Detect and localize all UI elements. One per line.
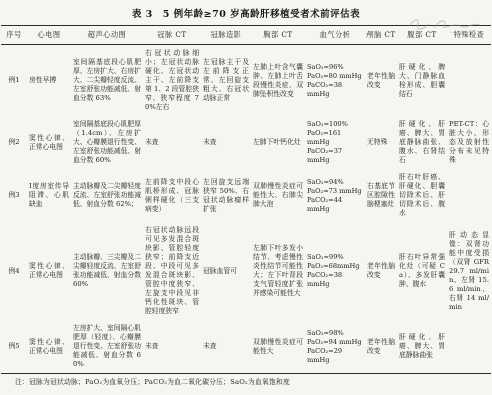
cell-special: [447, 169, 491, 222]
cell-cor_angio: 未查: [201, 116, 251, 169]
cell-abd_ct: 肝硬化、肝癌、脾大、胃底静脉曲张: [397, 320, 447, 374]
evaluation-table: 序号心电图超声心动图冠脉 CT冠脉造影胸部 CT血气分析颅脑 CT腹部 CT特殊…: [1, 25, 491, 374]
footnote: 注：冠脉为冠状动脉；PaO₂为血氧分压；PaCO₂为血二氧化碳分压；SaO₂为血…: [3, 376, 489, 386]
cell-echo: 主动脉瓣、三尖瓣及二尖瓣轻度反流、左室舒张功能减低、射血分数 60%: [71, 222, 143, 320]
cell-special: 肝动态显像：双肾功能中度受损（双肾 GFR29.7 ml/min、左肾 15.6…: [447, 222, 491, 320]
column-header: 颅脑 CT: [365, 26, 397, 45]
cell-id: 例4: [1, 222, 27, 320]
cell-cor_ct: 右冠状动脉细小；左冠状动脉硬化、左冠状动主干、左前降支第 1、2 段管腔狭窄、狭…: [143, 45, 201, 117]
cell-abd_ct: 肝右叶异常强化灶（可疑 Ca）、多发肝囊肿、腹水: [397, 222, 447, 320]
cell-brain_ct: 右基底节区腔隙性脑梗塞灶: [365, 169, 397, 222]
column-header: 胸部 CT: [251, 26, 305, 45]
column-header: 序号: [1, 26, 27, 45]
scanned-table-page: 表 3 5 例年龄≥70 岁高龄肝移植受者术前评估表 序号心电图超声心动图冠脉 …: [0, 0, 492, 395]
cell-brain_ct: 老年性脑改变: [365, 320, 397, 374]
cell-blood_gas: SaO₂=100% PaO₂=161 mmHg PaCO₂=37 mmHg: [305, 116, 365, 169]
column-header: 冠脉造影: [201, 26, 251, 45]
cell-abd_ct: 肝硬化、脾大、门静脉血栓形成、胆囊结石: [397, 45, 447, 117]
cell-id: 例1: [1, 45, 27, 117]
cell-chest_ct: 左肺下叶钙化灶: [251, 116, 305, 169]
cell-ecg: 窦性心律、正常心电图: [27, 222, 71, 320]
cell-echo: 主动脉瓣及二尖瓣轻度反流、左室舒张功能减低、射血分数 62%；: [71, 169, 143, 222]
cell-ecg: Ⅰ度房室传导阻滞、心肌缺血: [27, 169, 71, 222]
table-row: 例4窦性心律、正常心电图主动脉瓣、三尖瓣及二尖瓣轻度反流、左室舒张功能减低、射血…: [1, 222, 491, 320]
cell-ecg: 窦性心律、正常心电图: [27, 320, 71, 374]
cell-brain_ct: 老年性脑改变: [365, 45, 397, 117]
cell-special: [447, 320, 491, 374]
cell-special: [447, 45, 491, 117]
cell-cor_ct: 未查: [143, 116, 201, 169]
cell-blood_gas: SaO₂=98% PaO₂=94 mmHg PaCO₂=29 mmHg: [305, 320, 365, 374]
cell-cor_ct: 未查: [143, 320, 201, 374]
header-row: 序号心电图超声心动图冠脉 CT冠脉造影胸部 CT血气分析颅脑 CT腹部 CT特殊…: [1, 26, 491, 45]
cell-ecg: 窦性心律、正常心电图: [27, 116, 71, 169]
cell-brain_ct: 无特殊: [365, 116, 397, 169]
cell-id: 例5: [1, 320, 27, 374]
column-header: 冠脉 CT: [143, 26, 201, 45]
column-header: 超声心动图: [71, 26, 143, 45]
table-row: 例2窦性心律、正常心电图室间隔基底段心肌肥厚（1.4cm）、左房扩大、心瓣膜退行…: [1, 116, 491, 169]
cell-blood_gas: SaO₂=96% PaO₂=80 mmHg PaCO₂=38 mmHg: [305, 45, 365, 117]
cell-chest_ct: 双肺慢性炎症可能性大: [251, 320, 305, 374]
cell-chest_ct: 左肺下叶多发小结节、考虑慢性炎性结节可能性大；左下叶背段支气管轻度扩张并感染可能…: [251, 222, 305, 320]
cell-cor_angio: 未查: [201, 320, 251, 374]
column-header: 血气分析: [305, 26, 365, 45]
cell-cor_ct: 右冠状动脉远段可见多发混合斑块影、管腔轻度狭窄；前降支近段、中段可见多发混合斑块…: [143, 222, 201, 320]
cell-echo: 室间隔基底段心肌肥厚、左房扩大、右房扩大、二尖瓣轻度反流、左室舒张功能减低、射血…: [71, 45, 143, 117]
table-row: 例3Ⅰ度房室传导阻滞、心肌缺血主动脉瓣及二尖瓣轻度反流、左室舒张功能减低、射血分…: [1, 169, 491, 222]
cell-blood_gas: SaO₂=99% PaO₂=68mmHg PaCO₂=38 mmHg: [305, 222, 365, 320]
table-body: 例1房性早搏室间隔基底段心肌肥厚、左房扩大、右房扩大、二尖瓣轻度反流、左室舒张功…: [1, 45, 491, 374]
cell-id: 例2: [1, 116, 27, 169]
cell-cor_angio: 左回旋支远端狭窄 50%、右冠状动脉瘤样扩张: [201, 169, 251, 222]
cell-echo: 室间隔基底段心肌肥厚（1.4cm）、左房扩大、心瓣膜退行性变、左室舒张功能减低、…: [71, 116, 143, 169]
cell-cor_angio: 左冠脉主干及左前降支正常、左回旋支粗大、右冠状动脉正常: [201, 45, 251, 117]
cell-cor_ct: 左前降支中段心肌桥形成、冠脉粥样硬化（三支病变）: [143, 169, 201, 222]
table-row: 例1房性早搏室间隔基底段心肌肥厚、左房扩大、右房扩大、二尖瓣轻度反流、左室舒张功…: [1, 45, 491, 117]
table-title: 表 3 5 例年龄≥70 岁高龄肝移植受者术前评估表: [0, 0, 492, 20]
cell-echo: 左房扩大、室间隔心肌肥厚（轻度）、心瓣膜退行性变、左室舒张功能减低、射血分数 6…: [71, 320, 143, 374]
cell-blood_gas: SaO₂=94% PaO₂=73 mmHg PaCO₂=44 mmHg: [305, 169, 365, 222]
column-header: 特殊检查: [447, 26, 491, 45]
cell-chest_ct: 左肺上叶含气囊肿、左肺上叶舌段慢性炎症、双肺坠积性改变: [251, 45, 305, 117]
cell-cor_angio: 冠脉血管可: [201, 222, 251, 320]
cell-chest_ct: 双肺慢性炎症可能性大、右肺尖肺大泡: [251, 169, 305, 222]
cell-abd_ct: 肝硬化、肝癌、脾大、胃底静脉曲张、腹水、右肾结石: [397, 116, 447, 169]
cell-ecg: 房性早搏: [27, 45, 71, 117]
column-header: 心电图: [27, 26, 71, 45]
table-row: 例5窦性心律、正常心电图左房扩大、室间隔心肌肥厚（轻度）、心瓣膜退行性变、左室舒…: [1, 320, 491, 374]
cell-id: 例3: [1, 169, 27, 222]
column-header: 腹部 CT: [397, 26, 447, 45]
cell-brain_ct: 老年性脑改变: [365, 222, 397, 320]
cell-abd_ct: 肝右叶肝癌、肝硬化、胆囊切除术后、肝切除术后、腹水: [397, 169, 447, 222]
cell-special: PET-CT：心脏大小、形态及放射性分布未见特殊: [447, 116, 491, 169]
